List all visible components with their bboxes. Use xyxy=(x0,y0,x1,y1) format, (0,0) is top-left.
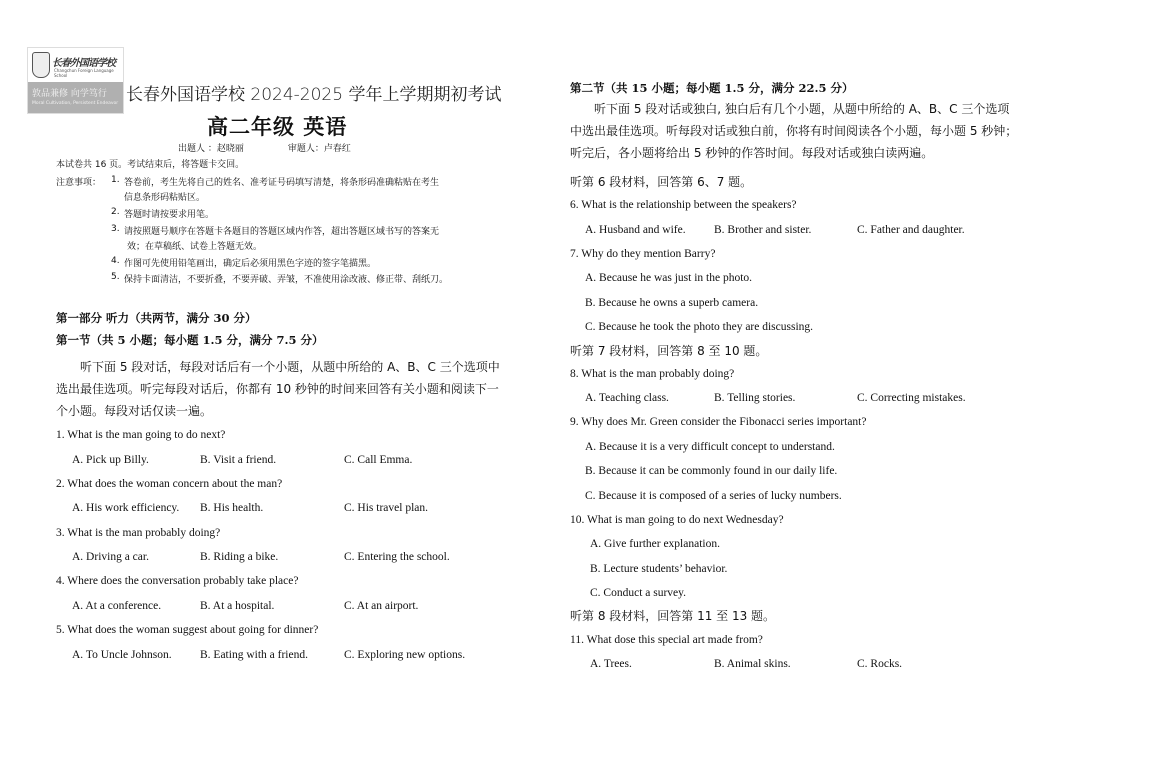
q9-option-a: A. Because it is a very difficult concep… xyxy=(585,441,835,453)
question-7: 7. Why do they mention Barry? xyxy=(570,248,715,260)
instruction-3-cont: 效；在草稿纸、试卷上答题无效。 xyxy=(127,239,262,252)
q8-option-c: C. Correcting mistakes. xyxy=(857,392,966,404)
q2-option-a: A. His work efficiency. xyxy=(72,502,179,514)
logo-motto: 敦品兼修 向学笃行 xyxy=(32,86,107,99)
question-5: 5. What does the woman suggest about goi… xyxy=(56,624,318,636)
material-8-heading: 听第 8 段材料，回答第 11 至 13 题。 xyxy=(570,605,775,627)
instruction-3: 请按照题号顺序在答题卡各题目的答题区域内作答，超出答题区域书写的答案无 xyxy=(124,224,439,237)
section1-intro-line1: 听下面 5 段对话，每段对话后有一个小题，从题中所给的 A、B、C 三个选项中 xyxy=(80,356,500,378)
school-title: 长春外国语学校 2024-2025 学年上学期期初考试 xyxy=(126,80,501,105)
q1-option-c: C. Call Emma. xyxy=(344,454,412,466)
q5-option-c: C. Exploring new options. xyxy=(344,649,465,661)
section2-title: 第二节（共 15 小题；每小题 1.5 分，满分 22.5 分） xyxy=(570,80,854,96)
section1-intro-line2: 选出最佳选项。听完每段对话后，你都有 10 秒钟的时间来回答有关小题和阅读下一 xyxy=(56,378,499,400)
logo-school-name-en: Changchun Foreign Language School xyxy=(54,68,123,78)
q3-option-c: C. Entering the school. xyxy=(344,551,450,563)
q8-option-a: A. Teaching class. xyxy=(585,392,669,404)
section2-intro-line3: 听完后，各小题将给出 5 秒钟的作答时间。每段对话或独白读两遍。 xyxy=(570,142,933,164)
material-6-heading: 听第 6 段材料，回答第 6、7 题。 xyxy=(570,171,752,193)
question-11: 11. What dose this special art made from… xyxy=(570,634,763,646)
instruction-num-1: 1. xyxy=(111,175,120,185)
question-1: 1. What is the man going to do next? xyxy=(56,429,225,441)
logo-motto-en: Moral Cultivation, Persistent Endeavor xyxy=(32,101,118,106)
q4-option-c: C. At an airport. xyxy=(344,600,418,612)
authors-line: 出题人 ：赵晓丽审题人：卢春红 xyxy=(178,141,395,154)
school-crest-icon xyxy=(32,52,50,78)
part1-title: 第一部分 听力（共两节，满分 30 分） xyxy=(56,310,257,326)
section2-intro-line1: 听下面 5 段对话或独白, 独白后有几个小题，从题中所给的 A、B、C 三个选项 xyxy=(594,98,1009,120)
q3-option-a: A. Driving a car. xyxy=(72,551,149,563)
q1-option-b: B. Visit a friend. xyxy=(200,454,276,466)
q8-option-b: B. Telling stories. xyxy=(714,392,795,404)
q9-option-b: B. Because it can be commonly found in o… xyxy=(585,465,837,477)
question-9: 9. Why does Mr. Green consider the Fibon… xyxy=(570,416,866,428)
q11-option-b: B. Animal skins. xyxy=(714,658,791,670)
q7-option-c: C. Because he took the photo they are di… xyxy=(585,321,813,333)
q2-option-b: B. His health. xyxy=(200,502,263,514)
q7-option-a: A. Because he was just in the photo. xyxy=(585,272,752,284)
q5-option-a: A. To Uncle Johnson. xyxy=(72,649,172,661)
pages-note: 本试卷共 16 页。考试结束后，将答题卡交回。 xyxy=(56,157,244,170)
q9-option-c: C. Because it is composed of a series of… xyxy=(585,490,842,502)
logo-top-panel: 长春外国语学校 Changchun Foreign Language Schoo… xyxy=(28,48,123,82)
question-6: 6. What is the relationship between the … xyxy=(570,199,797,211)
question-8: 8. What is the man probably doing? xyxy=(570,368,734,380)
q1-option-a: A. Pick up Billy. xyxy=(72,454,149,466)
q7-option-b: B. Because he owns a superb camera. xyxy=(585,297,758,309)
q11-option-a: A. Trees. xyxy=(590,658,632,670)
q6-option-a: A. Husband and wife. xyxy=(585,224,686,236)
instruction-1-cont: 信息条形码粘贴区。 xyxy=(124,190,205,203)
author: 出题人 ：赵晓丽 xyxy=(178,144,244,154)
instruction-5: 保持卡面清洁，不要折叠，不要弄破、弄皱，不准使用涂改液、修正带、刮纸刀。 xyxy=(124,272,448,285)
question-10: 10. What is man going to do next Wednesd… xyxy=(570,514,784,526)
question-2: 2. What does the woman concern about the… xyxy=(56,478,282,490)
q4-option-b: B. At a hospital. xyxy=(200,600,274,612)
instruction-num-4: 4. xyxy=(111,256,120,266)
instructions-label: 注意事项： xyxy=(56,175,101,188)
logo-school-name: 长春外国语学校 xyxy=(52,54,115,69)
q3-option-b: B. Riding a bike. xyxy=(200,551,278,563)
q6-option-c: C. Father and daughter. xyxy=(857,224,965,236)
section1-intro-line3: 个小题。每段对话仅读一遍。 xyxy=(56,400,212,422)
instruction-1: 答卷前，考生先将自己的姓名、准考证号码填写清楚，将条形码准确粘贴在考生 xyxy=(124,175,439,188)
section1-title: 第一节（共 5 小题；每小题 1.5 分，满分 7.5 分） xyxy=(56,332,324,348)
section2-intro-line2: 中选出最佳选项。听每段对话或独白前，你将有时间阅读各个小题，每小题 5 秒钟； xyxy=(570,120,1017,142)
q6-option-b: B. Brother and sister. xyxy=(714,224,811,236)
logo-motto-panel: 敦品兼修 向学笃行 Moral Cultivation, Persistent … xyxy=(28,82,123,113)
q4-option-a: A. At a conference. xyxy=(72,600,161,612)
q2-option-c: C. His travel plan. xyxy=(344,502,428,514)
q11-option-c: C. Rocks. xyxy=(857,658,902,670)
instruction-4: 作图可先使用铅笔画出，确定后必须用黑色字迹的签字笔描黑。 xyxy=(124,256,376,269)
q10-option-b: B. Lecture students’ behavior. xyxy=(590,563,727,575)
q10-option-a: A. Give further explanation. xyxy=(590,538,720,550)
school-logo: 长春外国语学校 Changchun Foreign Language Schoo… xyxy=(27,47,124,114)
grade-title: 高二年级 英语 xyxy=(207,111,347,141)
instruction-num-5: 5. xyxy=(111,272,120,282)
q5-option-b: B. Eating with a friend. xyxy=(200,649,308,661)
question-3: 3. What is the man probably doing? xyxy=(56,527,220,539)
instruction-2: 答题时请按要求用笔。 xyxy=(124,207,214,220)
q10-option-c: C. Conduct a survey. xyxy=(590,587,686,599)
material-7-heading: 听第 7 段材料，回答第 8 至 10 题。 xyxy=(570,340,767,362)
question-4: 4. Where does the conversation probably … xyxy=(56,575,298,587)
instruction-num-3: 3. xyxy=(111,224,120,234)
instruction-num-2: 2. xyxy=(111,207,120,217)
reviewer: 审题人：卢春红 xyxy=(288,144,351,154)
